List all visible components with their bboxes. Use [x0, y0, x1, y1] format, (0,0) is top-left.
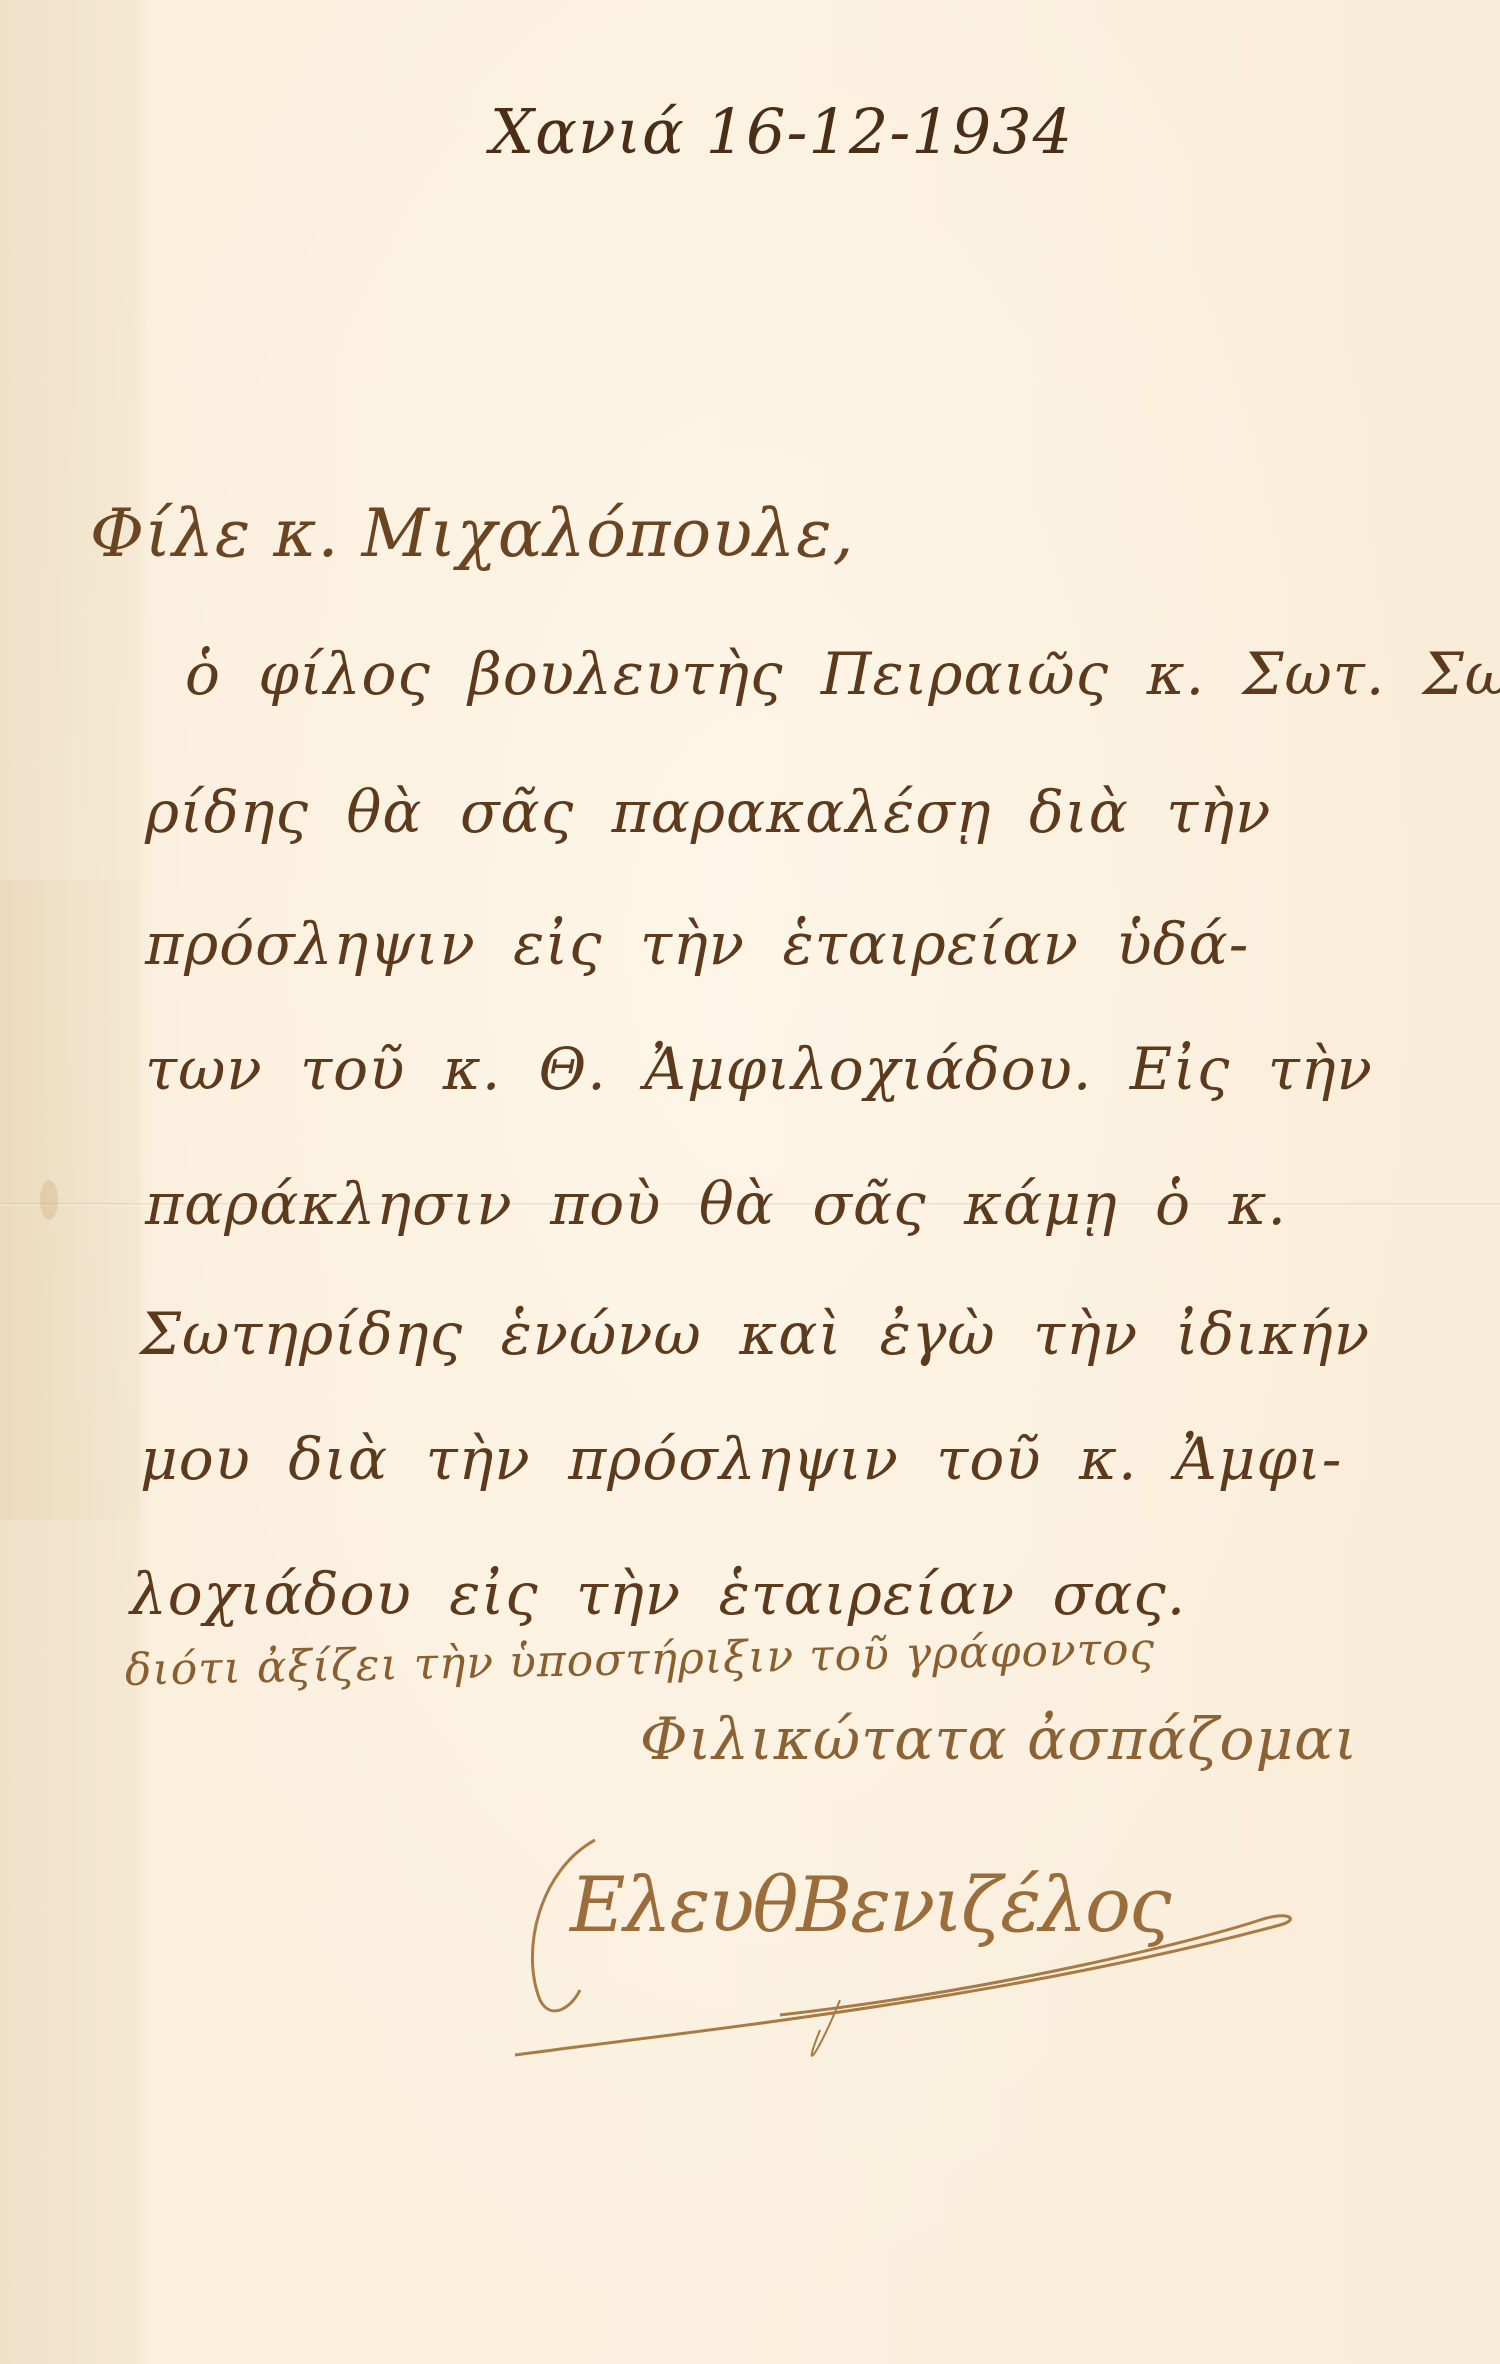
body-line: Σωτηρίδης ἑνώνω καὶ ἐγὼ τὴν ἰδικήν — [140, 1300, 1370, 1368]
body-line: μου διὰ τὴν πρόσληψιν τοῦ κ. Ἀμφι- — [140, 1425, 1342, 1493]
paper-aging-band — [0, 880, 140, 1520]
body-line: παράκλησιν ποὺ θὰ σᾶς κάμῃ ὁ κ. — [145, 1170, 1287, 1238]
signature: ΕλευθΒενιζέλος — [570, 1860, 1169, 1949]
body-line: ὁ φίλος βουλευτὴς Πειραιῶς κ. Σωτ. Σωτη- — [185, 640, 1500, 708]
ink-stain — [40, 1180, 58, 1220]
letter-page: Χανιά 16-12-1934 Φίλε κ. Μιχαλόπουλε, ὁ … — [0, 0, 1500, 2364]
addendum-line: διότι ἀξίζει τὴν ὑποστήριξιν τοῦ γράφοντ… — [124, 1623, 1155, 1696]
body-line: λοχιάδου εἰς τὴν ἑταιρείαν σας. — [130, 1560, 1186, 1628]
closing: Φιλικώτατα ἀσπάζομαι — [640, 1705, 1358, 1773]
body-line: ρίδης θὰ σᾶς παρακαλέσῃ διὰ τὴν — [145, 778, 1271, 846]
body-line: των τοῦ κ. Θ. Ἀμφιλοχιάδου. Εἰς τὴν — [145, 1035, 1373, 1103]
salutation: Φίλε κ. Μιχαλόπουλε, — [90, 495, 855, 572]
dateline: Χανιά 16-12-1934 — [490, 95, 1073, 168]
body-line: πρόσληψιν εἰς τὴν ἑταιρείαν ὑδά- — [145, 910, 1249, 978]
